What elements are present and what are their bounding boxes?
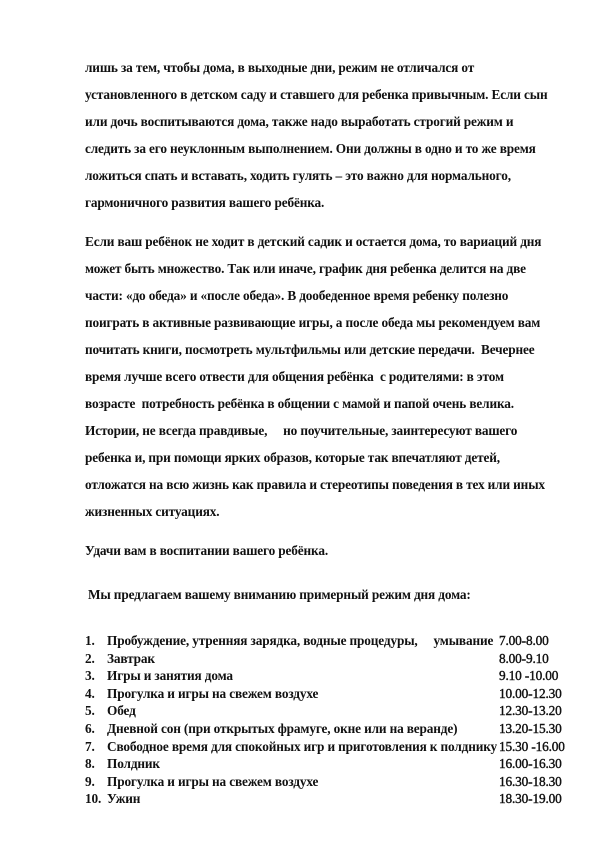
schedule-item-activity: Прогулка и игры на свежем воздухе bbox=[107, 685, 499, 703]
paragraph-good-luck: Удачи вам в воспитании вашего ребёнка. bbox=[85, 537, 565, 564]
schedule-item-activity: Прогулка и игры на свежем воздухе bbox=[107, 773, 499, 791]
schedule-item-time: 12.30-13.20 bbox=[499, 702, 565, 720]
schedule-item-time: 16.00-16.30 bbox=[499, 755, 565, 773]
text-line: возрасте потребность ребёнка в общении с… bbox=[85, 390, 565, 417]
schedule-item-number: 9. bbox=[85, 773, 107, 791]
paragraph-routine-consistency: лишь за тем, чтобы дома, в выходные дни,… bbox=[85, 54, 565, 216]
schedule-item-number: 2. bbox=[85, 650, 107, 668]
text-line: Истории, не всегда правдивые, но поучите… bbox=[85, 417, 565, 444]
text-line: почитать книги, посмотреть мультфильмы и… bbox=[85, 336, 565, 363]
schedule-item-activity: Пробуждение, утренняя зарядка, водные пр… bbox=[107, 632, 499, 650]
daily-schedule-list: 1.Пробуждение, утренняя зарядка, водные … bbox=[85, 632, 565, 808]
schedule-heading: Мы предлагаем вашему вниманию примерный … bbox=[88, 581, 565, 608]
schedule-item-activity: Ужин bbox=[107, 790, 499, 808]
text-line: части: «до обеда» и «после обеда». В доо… bbox=[85, 282, 565, 309]
schedule-item: 3.Игры и занятия дома9.10 -10.00 bbox=[85, 667, 565, 685]
text-line: лишь за тем, чтобы дома, в выходные дни,… bbox=[85, 54, 565, 81]
paragraph-home-day-variations: Если ваш ребёнок не ходит в детский сади… bbox=[85, 228, 565, 525]
schedule-item-number: 1. bbox=[85, 632, 107, 650]
schedule-item-activity: Дневной сон (при открытых фрамуге, окне … bbox=[107, 720, 499, 738]
text-line: поиграть в активные развивающие игры, а … bbox=[85, 309, 565, 336]
text-line: гармоничного развития вашего ребёнка. bbox=[85, 189, 565, 216]
text-line: отложатся на всю жизнь как правила и сте… bbox=[85, 471, 565, 498]
schedule-item-activity: Свободное время для спокойных игр и приг… bbox=[107, 738, 499, 756]
text-line: жизненных ситуациях. bbox=[85, 498, 565, 525]
schedule-item-number: 7. bbox=[85, 738, 107, 756]
schedule-item: 6.Дневной сон (при открытых фрамуге, окн… bbox=[85, 720, 565, 738]
text-line: Удачи вам в воспитании вашего ребёнка. bbox=[85, 537, 565, 564]
text-line: ложиться спать и вставать, ходить гулять… bbox=[85, 162, 565, 189]
text-line: установленного в детском саду и ставшего… bbox=[85, 81, 565, 108]
schedule-item: 2.Завтрак8.00-9.10 bbox=[85, 650, 565, 668]
text-line: или дочь воспитываются дома, также надо … bbox=[85, 108, 565, 135]
schedule-item-time: 16.30-18.30 bbox=[499, 773, 565, 791]
schedule-item-time: 10.00-12.30 bbox=[499, 685, 565, 703]
schedule-item-number: 6. bbox=[85, 720, 107, 738]
document-page: лишь за тем, чтобы дома, в выходные дни,… bbox=[85, 54, 565, 808]
text-line: Если ваш ребёнок не ходит в детский сади… bbox=[85, 228, 565, 255]
text-line: ребенка и, при помощи ярких образов, кот… bbox=[85, 444, 565, 471]
schedule-item-number: 10. bbox=[85, 790, 107, 808]
schedule-item-time: 15.30 -16.00 bbox=[499, 738, 565, 756]
schedule-item-number: 4. bbox=[85, 685, 107, 703]
schedule-item-number: 5. bbox=[85, 702, 107, 720]
text-line: может быть множество. Так или иначе, гра… bbox=[85, 255, 565, 282]
schedule-item-number: 8. bbox=[85, 755, 107, 773]
schedule-item: 5.Обед12.30-13.20 bbox=[85, 702, 565, 720]
schedule-item-activity: Обед bbox=[107, 702, 499, 720]
schedule-item: 4.Прогулка и игры на свежем воздухе10.00… bbox=[85, 685, 565, 703]
schedule-item-time: 18.30-19.00 bbox=[499, 790, 565, 808]
text-line: время лучше всего отвести для общения ре… bbox=[85, 363, 565, 390]
schedule-item-number: 3. bbox=[85, 667, 107, 685]
schedule-item: 7.Свободное время для спокойных игр и пр… bbox=[85, 738, 565, 756]
schedule-item-activity: Завтрак bbox=[107, 650, 499, 668]
schedule-item: 1.Пробуждение, утренняя зарядка, водные … bbox=[85, 632, 565, 650]
schedule-item-time: 13.20-15.30 bbox=[499, 720, 565, 738]
schedule-item-time: 9.10 -10.00 bbox=[499, 667, 565, 685]
schedule-item: 8.Полдник16.00-16.30 bbox=[85, 755, 565, 773]
text-line: следить за его неуклонным выполнением. О… bbox=[85, 135, 565, 162]
schedule-item: 9.Прогулка и игры на свежем воздухе16.30… bbox=[85, 773, 565, 791]
schedule-item: 10.Ужин18.30-19.00 bbox=[85, 790, 565, 808]
schedule-item-time: 7.00-8.00 bbox=[499, 632, 565, 650]
schedule-item-activity: Полдник bbox=[107, 755, 499, 773]
schedule-item-activity: Игры и занятия дома bbox=[107, 667, 499, 685]
schedule-item-time: 8.00-9.10 bbox=[499, 650, 565, 668]
